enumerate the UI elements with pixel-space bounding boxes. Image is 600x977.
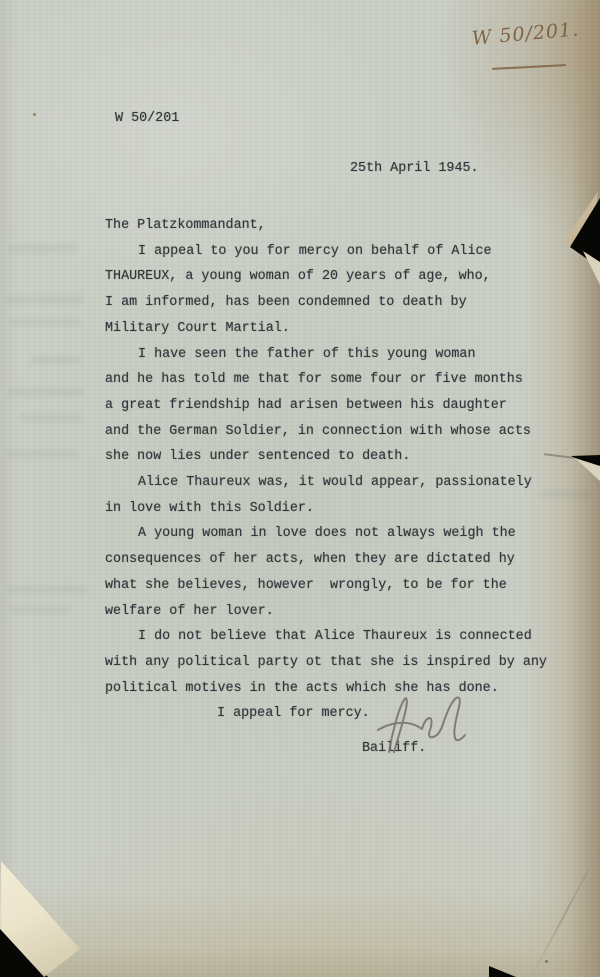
letter-line: I have seen the father of this young wom… [105,342,575,368]
salutation: The Platzkommandant, [105,213,575,239]
signature-scribble [374,694,466,756]
letter-line: A young woman in love does not always we… [105,521,575,547]
letter-line: what she believes, however wrongly, to b… [105,573,575,599]
letter-body: The Platzkommandant, I appeal to you for… [105,213,575,762]
paper-speck [545,960,548,963]
typed-reference: W 50/201 [115,111,179,126]
letter-line: political motives in the acts which she … [105,676,575,702]
letter-line: I am informed, has been condemned to dea… [105,290,575,316]
letter-line: in love with this Soldier. [105,496,575,522]
letter-line: welfare of her lover. [105,599,575,625]
photo-of-letter: W 50/201. W 50/201 25th April 1945. The … [0,0,600,977]
letter-line: Military Court Martial. [105,316,575,342]
letter-line: and the German Soldier, in connection wi… [105,419,575,445]
letter-line: and he has told me that for some four or… [105,367,575,393]
paper-speck [33,113,36,116]
letter-line: THAUREUX, a young woman of 20 years of a… [105,264,575,290]
letter-line: a great friendship had arisen between hi… [105,393,575,419]
letter-line: she now lies under sentenced to death. [105,444,575,470]
letter-line: I do not believe that Alice Thaureux is … [105,624,575,650]
letter-line: I appeal to you for mercy on behalf of A… [105,239,575,265]
letter-line: Alice Thaureux was, it would appear, pas… [105,470,575,496]
letter-line: consequences of her acts, when they are … [105,547,575,573]
letter-body-lines: I appeal to you for mercy on behalf of A… [105,239,575,702]
letter-date: 25th April 1945. [350,161,479,176]
letter-line: with any political party ot that she is … [105,650,575,676]
